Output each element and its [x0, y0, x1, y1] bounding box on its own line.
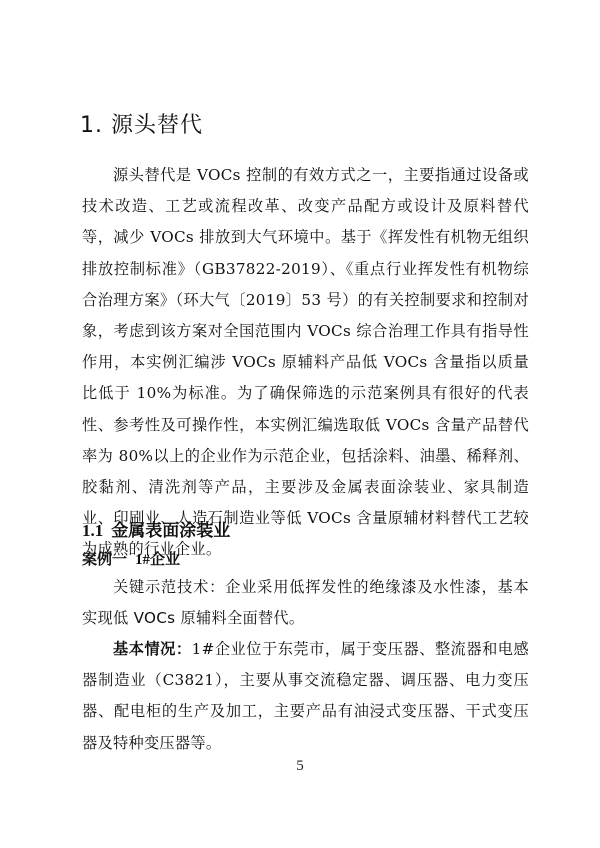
subsection-number: 1.1 — [82, 521, 103, 540]
section-heading: 1. 源头替代 — [80, 108, 203, 139]
section-title: 源头替代 — [111, 113, 203, 138]
key-tech-paragraph: 关键示范技术：企业采用低挥发性的绝缘漆及水性漆，基本实现低 VOCs 原辅料全面… — [82, 572, 529, 634]
basic-info-label: 基本情况： — [113, 640, 192, 658]
case-title: 案例一 — [82, 550, 127, 568]
intro-paragraph: 源头替代是 VOCs 控制的有效方式之一，主要指通过设备或技术改造、工艺或流程改… — [82, 160, 529, 566]
subsection-title: 金属表面涂装业 — [111, 521, 230, 541]
page-number: 5 — [0, 758, 600, 775]
section-number: 1. — [80, 113, 103, 138]
basic-info-paragraph: 基本情况：1#企业位于东莞市，属于变压器、整流器和电感器制造业（C3821），主… — [82, 634, 529, 759]
case-company: 1#企业 — [135, 552, 180, 568]
key-tech-label: 关键示范技术： — [113, 578, 225, 596]
subsection-heading: 1.1金属表面涂装业 — [82, 516, 230, 541]
case-heading: 案例一1#企业 — [82, 548, 180, 569]
document-page: 1. 源头替代 源头替代是 VOCs 控制的有效方式之一，主要指通过设备或技术改… — [0, 0, 600, 848]
